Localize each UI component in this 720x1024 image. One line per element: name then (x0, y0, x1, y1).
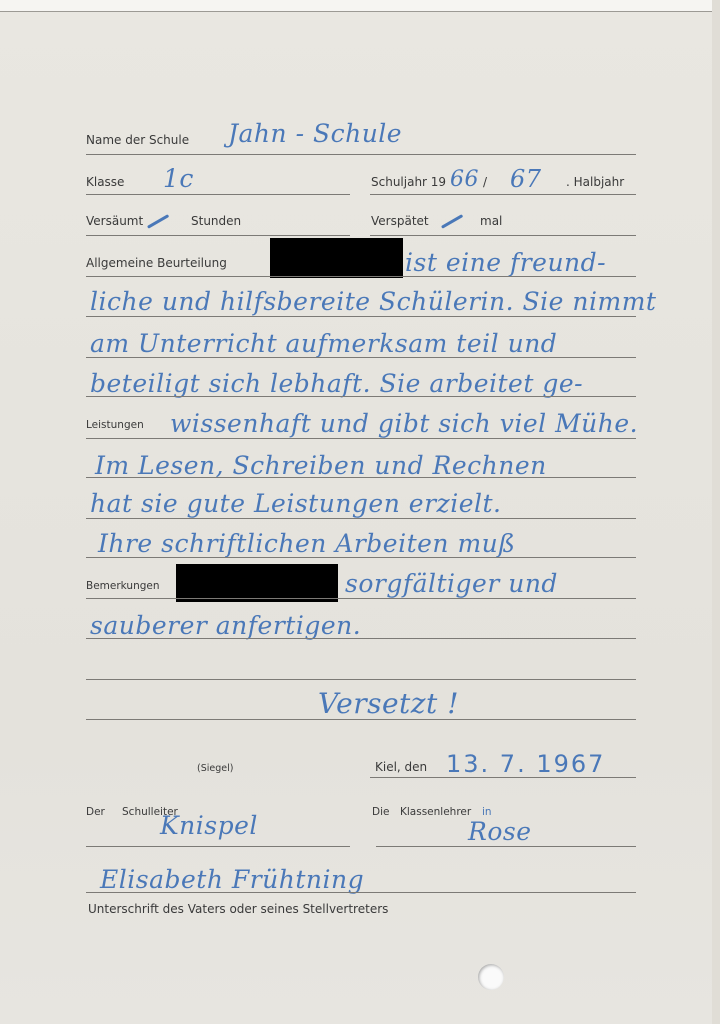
teacher-prefix: Die (372, 805, 389, 819)
rule-line (86, 235, 350, 236)
rule-line (86, 194, 350, 195)
rule-line (86, 438, 636, 439)
rule-line (86, 276, 636, 277)
assessment-line-1: ist eine freund- (405, 249, 606, 277)
assessment-line-6: Im Lesen, Schreiben und Rechnen (95, 452, 547, 480)
assessment-line-9: sorgfältiger und (345, 570, 558, 598)
absent-label: Versäumt (86, 214, 143, 228)
half-year-label: . Halbjahr (566, 175, 624, 189)
rule-line (86, 679, 636, 680)
punch-hole (478, 964, 504, 990)
school-name-label: Name der Schule (86, 133, 189, 147)
assessment-line-5: wissenhaft und gibt sich viel Mühe. (170, 410, 638, 438)
seal-label: (Siegel) (197, 762, 233, 776)
rule-line (86, 154, 636, 155)
school-year-to: 67 (510, 165, 542, 193)
principal-signature: Knispel (160, 812, 258, 840)
rule-line (86, 557, 636, 558)
rule-line (86, 518, 636, 519)
rule-line (86, 719, 636, 720)
assessment-line-3: am Unterricht aufmerksam teil und (90, 330, 557, 358)
parent-signature: Elisabeth Frühtning (100, 866, 364, 894)
rule-line (86, 396, 636, 397)
rule-line (376, 846, 636, 847)
school-year-label: Schuljahr 19 (371, 175, 446, 189)
school-year-separator: / (483, 175, 487, 189)
assessment-label: Allgemeine Beurteilung (86, 256, 227, 270)
school-name-value: Jahn - Schule (228, 120, 402, 148)
rule-line (370, 235, 636, 236)
place-date-label: Kiel, den (375, 760, 427, 774)
parent-signature-label: Unterschrift des Vaters oder seines Stel… (88, 902, 388, 916)
assessment-line-4: beteiligt sich lebhaft. Sie arbeitet ge- (90, 370, 583, 398)
rule-line (86, 846, 350, 847)
assessment-line-2: liche und hilfsbereite Schülerin. Sie ni… (90, 288, 656, 316)
teacher-signature: Rose (468, 818, 532, 846)
assessment-line-7: hat sie gute Leistungen erzielt. (90, 490, 501, 518)
performance-label: Leistungen (86, 418, 144, 432)
late-unit-label: mal (480, 214, 502, 228)
teacher-label: Klassenlehrer (400, 805, 471, 819)
school-year-from: 66 (450, 166, 479, 194)
redacted-name (270, 238, 403, 278)
class-value: 1c (163, 165, 194, 193)
assessment-line-8: Ihre schriftlichen Arbeiten muß (98, 530, 515, 558)
page-edge (712, 0, 720, 1024)
class-label: Klasse (86, 175, 124, 189)
remarks-label: Bemerkungen (86, 579, 160, 593)
rule-line (86, 638, 636, 639)
rule-line (370, 777, 636, 778)
redacted-name (176, 564, 338, 602)
promotion-note: Versetzt ! (318, 690, 459, 718)
late-label: Verspätet (371, 214, 429, 228)
absent-unit-label: Stunden (191, 214, 241, 228)
principal-prefix: Der (86, 805, 105, 819)
rule-line (86, 357, 636, 358)
rule-line (86, 316, 636, 317)
rule-line (86, 477, 636, 478)
date-value: 13. 7. 1967 (446, 750, 605, 778)
rule-line (370, 194, 636, 195)
rule-line (86, 892, 636, 893)
assessment-line-10: sauberer anfertigen. (90, 612, 361, 640)
rule-line (86, 598, 636, 599)
